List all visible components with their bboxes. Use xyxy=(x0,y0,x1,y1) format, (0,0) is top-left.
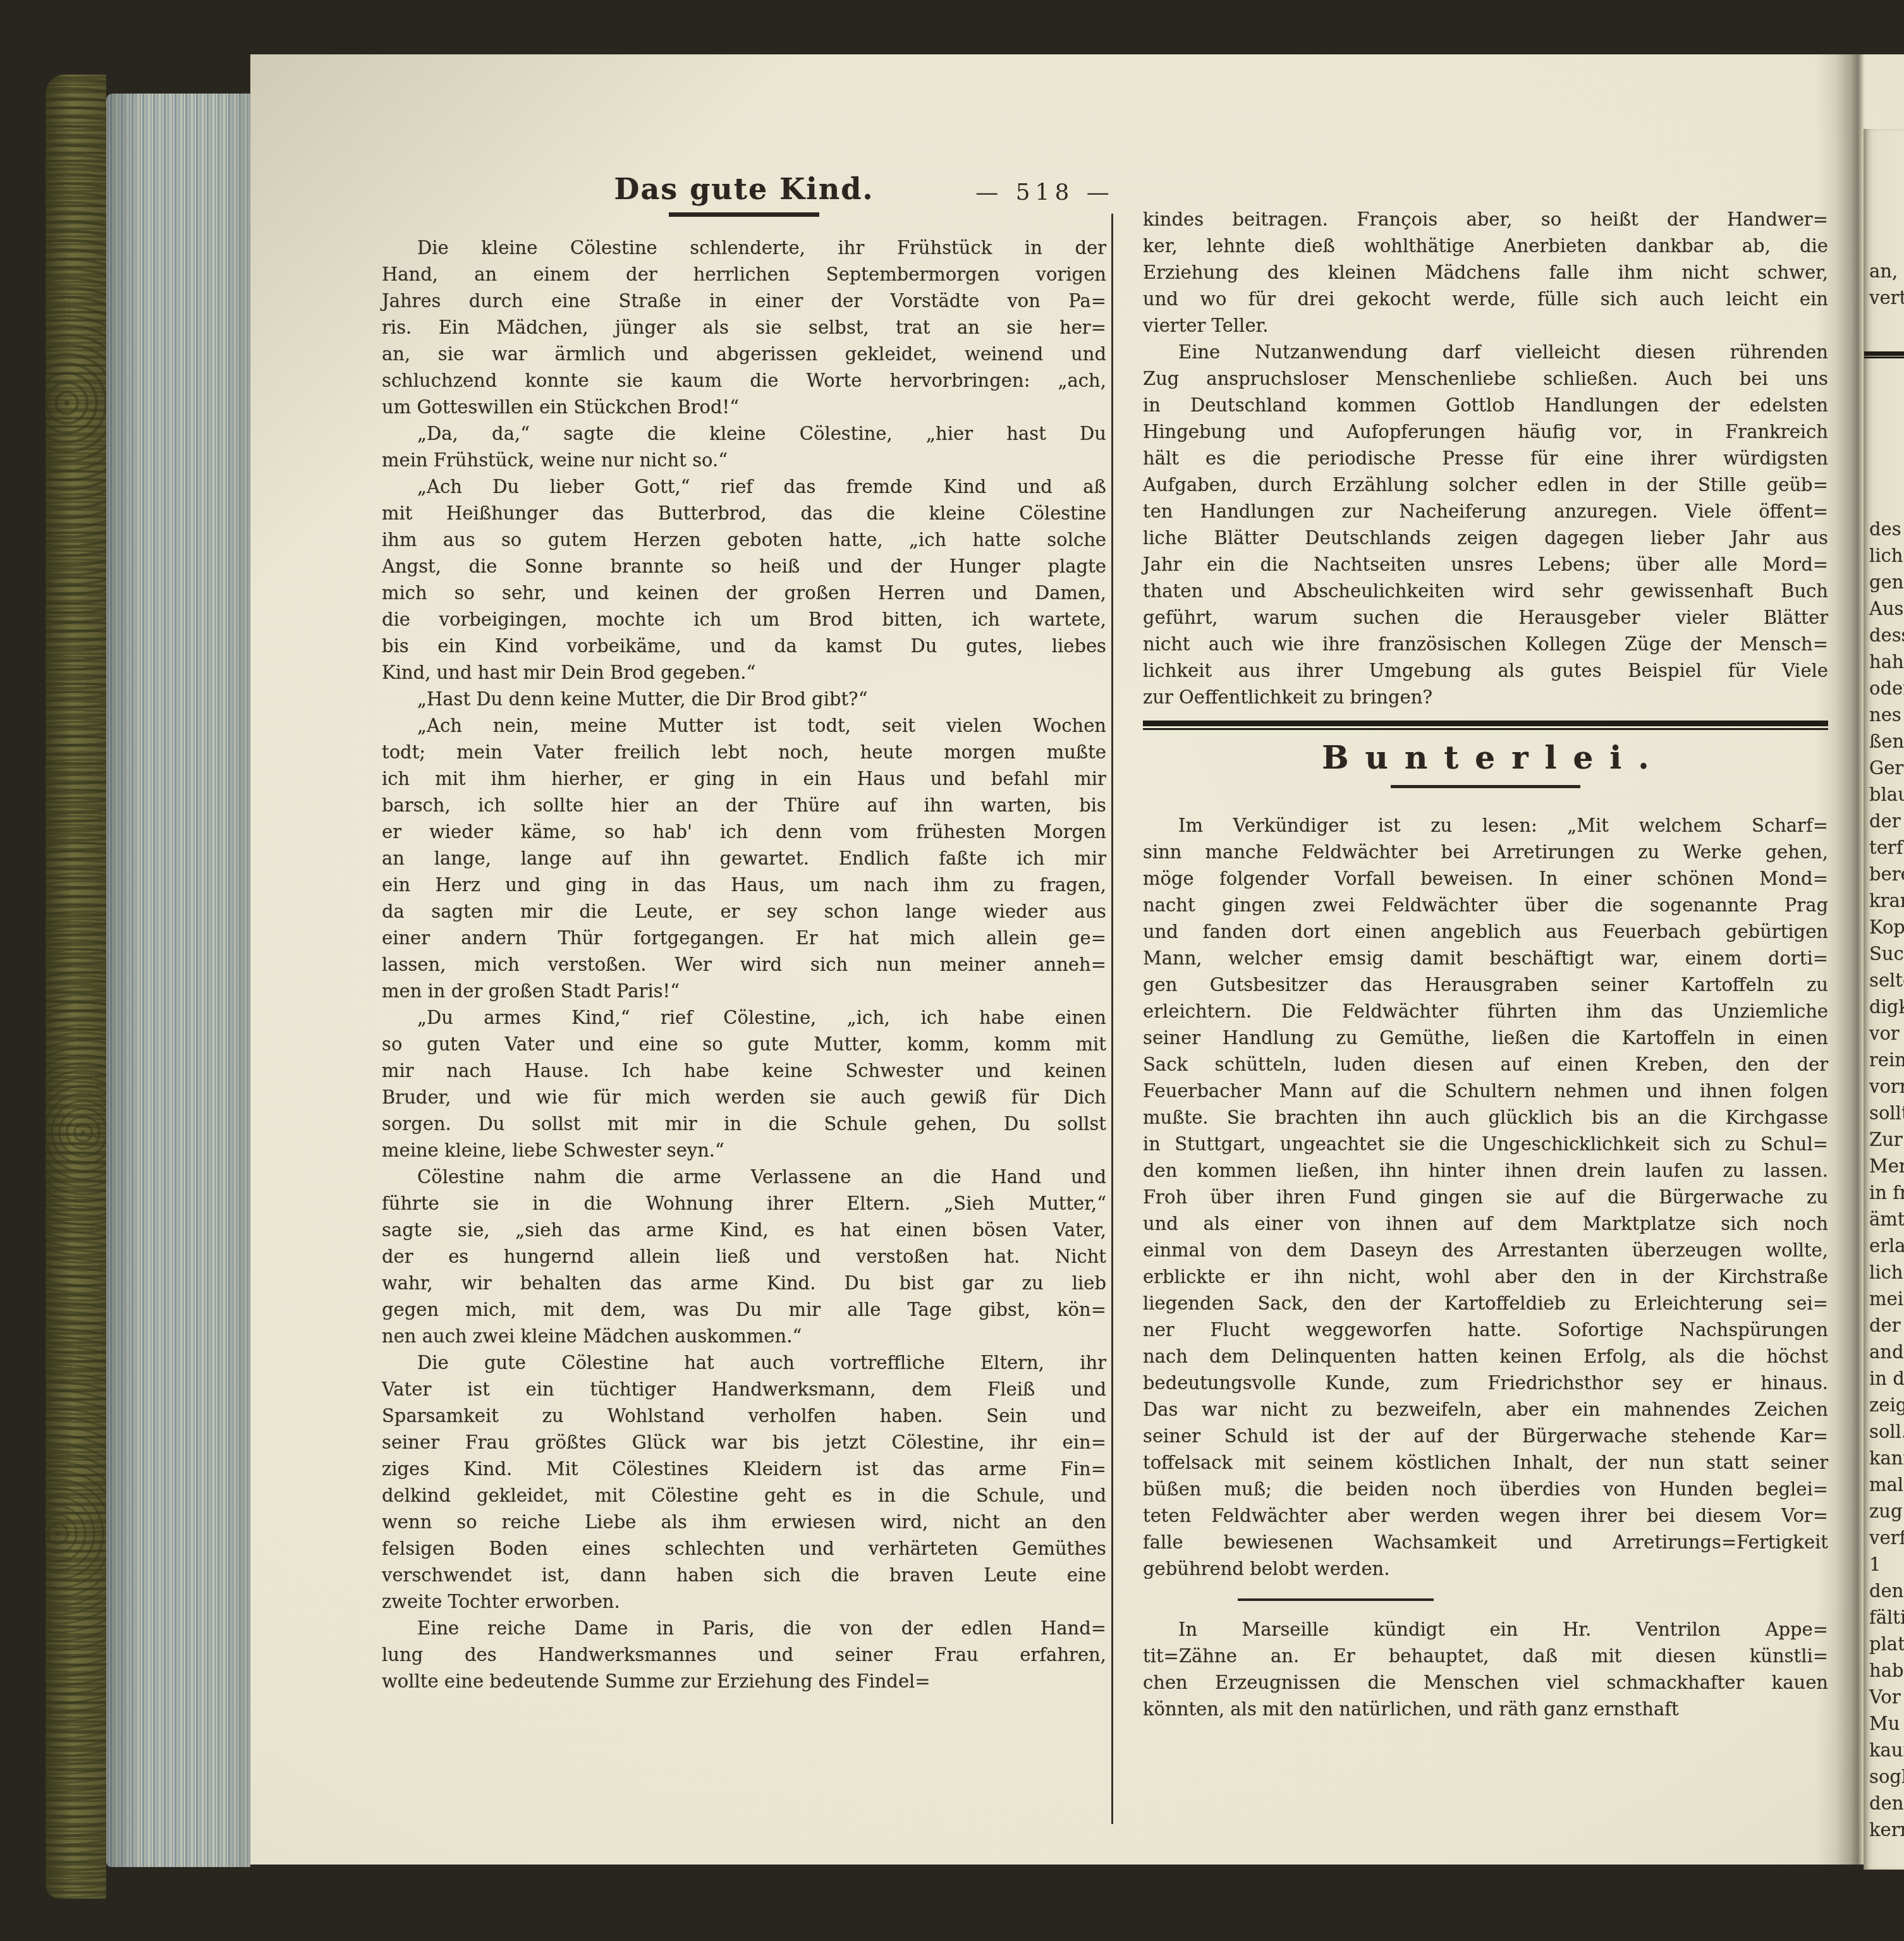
next-page-text-fragment: blaul xyxy=(1869,781,1904,808)
next-page-text-fragment: fälti xyxy=(1869,1604,1904,1631)
paragraph: „Ach Du lieber Gott,“ rief das fremde Ki… xyxy=(382,473,1106,686)
next-page-text-fragment: sogl xyxy=(1869,1763,1904,1790)
next-page-text-fragment: nes xyxy=(1869,702,1904,728)
next-page-text-fragment: erlas xyxy=(1869,1232,1904,1259)
book-cover-edge xyxy=(46,75,106,1899)
next-page-text-fragment: der xyxy=(1869,1312,1904,1339)
next-page-text-fragment: zug xyxy=(1869,1498,1904,1524)
paragraph: Eine reiche Dame in Paris, die von der e… xyxy=(382,1615,1106,1695)
next-page-text-fragment: kern xyxy=(1869,1816,1904,1843)
next-page-text-fragment: mals xyxy=(1869,1471,1904,1498)
next-page-fragments: des Glich fgenanAusadesselhahnodernesßen… xyxy=(1869,516,1904,1843)
page-stack-edge xyxy=(106,94,250,1867)
next-page-text-fragment: habe xyxy=(1869,1657,1904,1684)
next-page-text-fragment: berei xyxy=(1869,861,1904,887)
next-page-text-fragment: ämte xyxy=(1869,1206,1904,1232)
next-page-text-fragment: ßen, xyxy=(1869,728,1904,755)
paragraph: „Du armes Kind,“ rief Cölestine, „ich, i… xyxy=(382,1004,1106,1164)
paragraph: Cölestine nahm die arme Verlassene an di… xyxy=(382,1164,1106,1349)
section-heading: Bunterlei. xyxy=(1143,739,1828,776)
gutter-fold-shadow xyxy=(1816,54,1865,1865)
paragraph: „Hast Du denn keine Mutter, die Dir Brod… xyxy=(382,686,1106,712)
next-page-text-fragment: kann xyxy=(1869,1445,1904,1471)
next-page-text-fragment: meid xyxy=(1869,1286,1904,1312)
next-page-text-fragment: terfo xyxy=(1869,834,1904,861)
book-scan: — 518 — Das gute Kind. Die kleine Cölest… xyxy=(0,0,1904,1941)
next-page-text-fragment: des G xyxy=(1869,516,1904,542)
next-page-text-fragment: digke xyxy=(1869,994,1904,1020)
next-page-text-fragment: lich f xyxy=(1869,542,1904,569)
next-page-text-fragment: 1 xyxy=(1869,1551,1904,1578)
paragraph: In Marseille kündigt ein Hr. Ventrilon A… xyxy=(1143,1616,1828,1722)
article-paragraphs: Die kleine Cölestine schlenderte, ihr Fr… xyxy=(382,234,1106,1695)
right-column: kindes beitragen. François aber, so heiß… xyxy=(1143,206,1828,1722)
next-page-text-fragment: Men xyxy=(1869,1153,1904,1179)
paragraph: „Ach nein, meine Mutter ist todt, seit v… xyxy=(382,712,1106,1004)
next-page-text-fragment: oder xyxy=(1869,675,1904,702)
next-page-text-fragment: Such xyxy=(1869,940,1904,967)
next-page-text-fragment: Ausa xyxy=(1869,595,1904,622)
next-page-text-fragment: in fr xyxy=(1869,1179,1904,1206)
next-page-text-fragment: verta xyxy=(1869,284,1904,311)
section-paragraphs: Im Verkündiger ist zu lesen: „Mit welche… xyxy=(1143,812,1828,1582)
section-heading-rule xyxy=(1391,785,1580,788)
next-page-text-fragment: hahn xyxy=(1869,648,1904,675)
book-page: — 518 — Das gute Kind. Die kleine Cölest… xyxy=(250,54,1904,1865)
paragraph: Eine Nutzanwendung darf vielleicht diese… xyxy=(1143,339,1828,710)
article-title-rule xyxy=(669,212,819,217)
next-page-text-fragment: an, d xyxy=(1869,258,1904,284)
section-paragraphs-2: In Marseille kündigt ein Hr. Ventrilon A… xyxy=(1143,1616,1828,1722)
paragraph: kindes beitragen. François aber, so heiß… xyxy=(1143,206,1828,339)
next-page-text-fragment: vor xyxy=(1869,1020,1904,1047)
next-page-text-fragment: zeigt xyxy=(1869,1392,1904,1418)
next-page-text-fragment: ande xyxy=(1869,1339,1904,1365)
left-column: Das gute Kind. Die kleine Cölestine schl… xyxy=(382,172,1106,1695)
item-separator-rule xyxy=(1238,1598,1434,1601)
article-continuation-paragraphs: kindes beitragen. François aber, so heiß… xyxy=(1143,206,1828,710)
next-page-text-fragment: den xyxy=(1869,1790,1904,1816)
paragraph: Im Verkündiger ist zu lesen: „Mit welche… xyxy=(1143,812,1828,1582)
paragraph: Die gute Cölestine hat auch vortrefflich… xyxy=(382,1349,1106,1615)
paragraph: Die kleine Cölestine schlenderte, ihr Fr… xyxy=(382,234,1106,420)
next-page-text-fragment: in d xyxy=(1869,1365,1904,1392)
paragraph: „Da, da,“ sagte die kleine Cölestine, „h… xyxy=(382,420,1106,473)
next-page-text-fragment: Zur xyxy=(1869,1126,1904,1153)
next-page-rule xyxy=(1864,351,1904,358)
next-page-text-fragment: Geru xyxy=(1869,755,1904,781)
next-page-text-fragment: der xyxy=(1869,808,1904,834)
section-divider-rule xyxy=(1143,721,1828,730)
next-page-text-fragment: reini xyxy=(1869,1047,1904,1073)
next-page-text-fragment: dessel xyxy=(1869,622,1904,648)
next-page-text-fragment: vorr xyxy=(1869,1073,1904,1100)
next-page-text-fragment: plat xyxy=(1869,1631,1904,1657)
next-page-text-fragment: kauf xyxy=(1869,1737,1904,1763)
article-title: Das gute Kind. xyxy=(382,172,1106,206)
next-page-text-fragment: Vor xyxy=(1869,1684,1904,1710)
next-page-text-fragment: selten xyxy=(1869,967,1904,994)
column-divider-rule xyxy=(1111,214,1113,1824)
next-page-text-fragment: Mu xyxy=(1869,1710,1904,1737)
next-page-text-fragment: krank xyxy=(1869,887,1904,914)
next-page-text-fragment: Kopf xyxy=(1869,914,1904,940)
next-page-text-fragment: liche xyxy=(1869,1259,1904,1286)
next-page-text-fragment: den, xyxy=(1869,1578,1904,1604)
next-page-top-fragments: an, dverta xyxy=(1869,258,1904,311)
next-page-text-fragment: genan xyxy=(1869,569,1904,595)
next-page-text-fragment: verf xyxy=(1869,1524,1904,1551)
next-page-text-fragment: soll. xyxy=(1869,1418,1904,1445)
next-page-sliver: an, dverta des Glich fgenanAusadesselhah… xyxy=(1864,129,1904,1870)
next-page-text-fragment: sollte xyxy=(1869,1100,1904,1126)
